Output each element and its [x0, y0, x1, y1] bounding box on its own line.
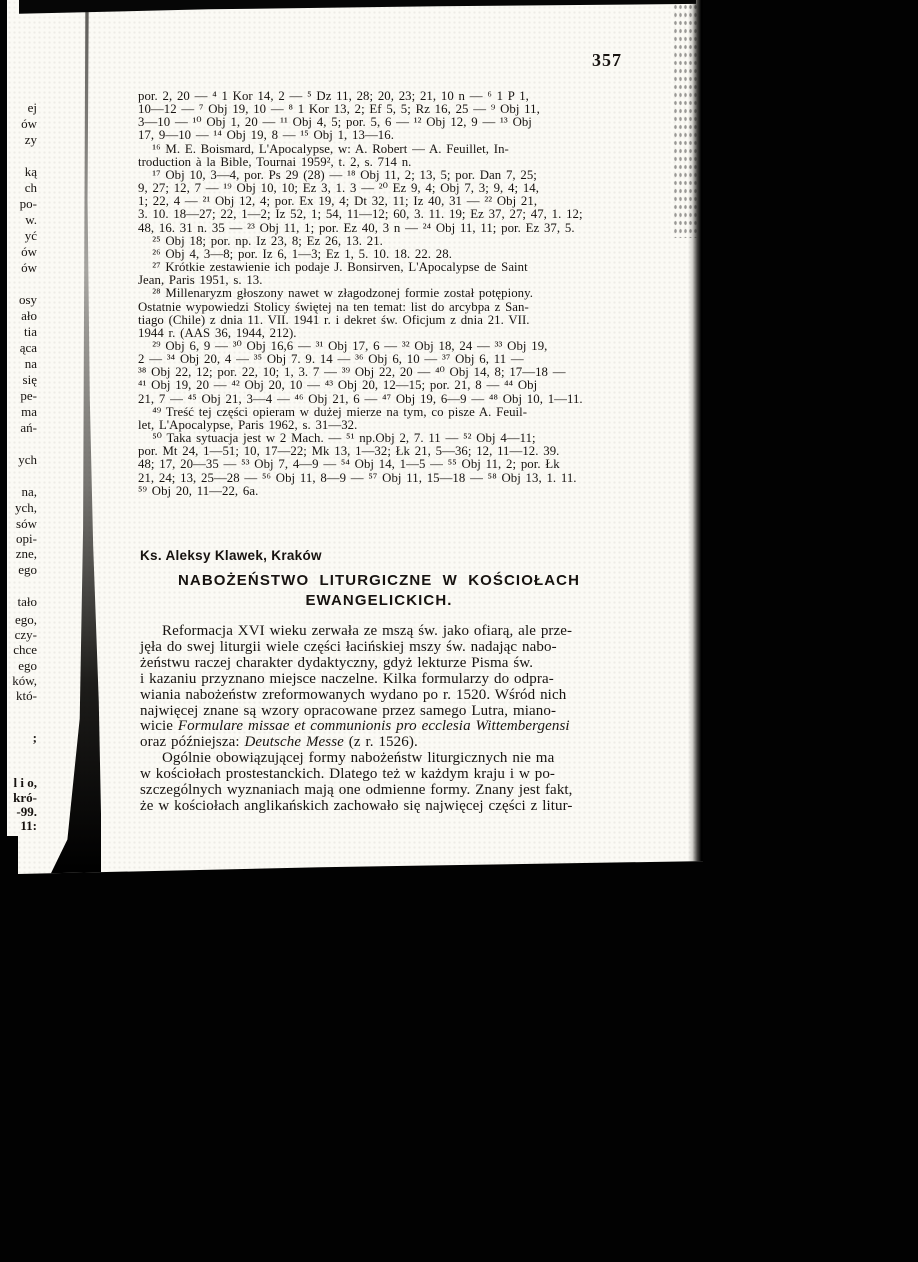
- facing-page-text-fragments: ejówzykąchpo-w.yćówówosyałotiaącanasiępe…: [7, 0, 37, 876]
- body-segment: oraz późniejsza:: [140, 734, 244, 750]
- footnote-line: 21, 7 — ⁴⁵ Obj 21, 3—4 — ⁴⁶ Obj 21, 6 — …: [138, 393, 622, 406]
- footnote-line: 3. 10. 18—27; 22, 1—2; Iz 52, 1; 54, 11—…: [138, 208, 622, 221]
- body-segment: żeństwu raczej charakter dydaktyczny, gd…: [140, 655, 533, 671]
- footnote-line: 48, 16. 31 n. 35 — ²³ Obj 11, 1; por. Ez…: [138, 222, 622, 235]
- article-title: NABOŻEŃSTWO LITURGICZNE W KOŚCIOŁACH EWA…: [140, 571, 618, 610]
- page-number: 357: [552, 50, 622, 71]
- body-segment: (z r. 1526).: [344, 734, 418, 750]
- margin-text-fragment: w.: [25, 212, 37, 228]
- margin-text-fragment: yć: [25, 228, 37, 244]
- body-italic-segment: Formulare missae et communionis pro eccl…: [178, 718, 570, 734]
- footnote-line: ²⁵ Obj 18; por. np. Iz 23, 8; Ez 26, 13.…: [138, 235, 622, 248]
- article-title-line-2: EWANGELICKICH.: [140, 591, 618, 611]
- footnote-line: ⁴⁹ Treść tej części opieram w dużej mier…: [138, 406, 622, 419]
- margin-text-fragment: na,: [21, 484, 37, 500]
- footnotes-block: por. 2, 20 — ⁴ 1 Kor 14, 2 — ⁵ Dz 11, 28…: [138, 90, 622, 498]
- footnote-line: 48; 17, 20—35 — ⁵³ Obj 7, 4—9 — ⁵⁴ Obj 1…: [138, 458, 622, 471]
- body-segment: Ogólnie obowiązującej formy nabożeństw l…: [162, 750, 554, 766]
- page-right-edge-shadow: [688, 0, 703, 876]
- body-text: Reformacja XVI wieku zerwała ze mszą św.…: [140, 624, 620, 815]
- body-segment: szczególnych wyznaniach mają one odmienn…: [140, 782, 573, 798]
- margin-text-fragment: któ-: [16, 688, 37, 704]
- margin-text-fragment: ego: [18, 658, 37, 674]
- margin-text-fragment: ma: [21, 404, 37, 420]
- body-segment: jęła do swej liturgii wiele części łaciń…: [140, 639, 557, 655]
- body-segment: najwięcej znane są wzory opracowane prze…: [140, 703, 556, 719]
- body-segment: w kościołach prostestanckich. Dlatego te…: [140, 766, 555, 782]
- margin-text-fragment: pe-: [20, 388, 37, 404]
- margin-text-fragment: ych: [18, 452, 37, 468]
- margin-text-fragment: osy: [19, 292, 37, 308]
- body-paragraph: Reformacja XVI wieku zerwała ze mszą św.…: [140, 624, 620, 751]
- margin-text-fragment: ków,: [12, 673, 37, 689]
- margin-text-fragment: tało: [18, 594, 38, 610]
- margin-text-fragment: zne,: [16, 546, 37, 562]
- body-segment: Reformacja XVI wieku zerwała ze mszą św.…: [162, 623, 572, 639]
- margin-text-fragment: chce: [13, 642, 37, 658]
- margin-text-fragment: ów: [21, 260, 37, 276]
- footnote-line: troduction à la Bible, Tournai 1959², t.…: [138, 156, 622, 169]
- scan-bottom-left-black-notch: [0, 836, 18, 880]
- margin-text-fragment: ej: [28, 100, 37, 116]
- margin-text-fragment: ów: [21, 244, 37, 260]
- footnote-line: ²⁸ Millenaryzm głoszony nawet w złagodzo…: [138, 287, 622, 300]
- footnote-line: 1944 r. (AAS 36, 1944, 212).: [138, 327, 622, 340]
- margin-text-fragment: na: [25, 356, 37, 372]
- margin-text-fragment: ego: [18, 562, 37, 578]
- page-surface: 357 por. 2, 20 — ⁴ 1 Kor 14, 2 — ⁵ Dz 11…: [7, 0, 703, 876]
- body-segment: i kazaniu przyznano miejsce naczelne. Ki…: [140, 671, 554, 687]
- footnote-line: 17, 9—10 — ¹⁴ Obj 19, 8 — ¹⁵ Obj 1, 13—1…: [138, 129, 622, 142]
- margin-text-fragment: ką: [25, 164, 37, 180]
- margin-text-fragment: ;: [33, 730, 37, 746]
- footnote-line: tiago (Chile) z dnia 11. VII. 1941 r. i …: [138, 314, 622, 327]
- body-paragraph: Ogólnie obowiązującej formy nabożeństw l…: [140, 751, 620, 815]
- margin-text-fragment: ych,: [15, 500, 37, 516]
- footnote-line: ⁵⁹ Obj 20, 11—22, 6a.: [138, 485, 622, 498]
- body-segment: że w kościołach anglikańskich zachowało …: [140, 798, 573, 814]
- margin-text-fragment: ego,: [15, 612, 37, 628]
- book-gutter-shadow: [45, 10, 101, 874]
- footnote-line: ⁴¹ Obj 19, 20 — ⁴² Obj 20, 10 — ⁴³ Obj 2…: [138, 379, 622, 392]
- footnote-line: 21, 24; 13, 25—28 — ⁵⁶ Obj 11, 8—9 — ⁵⁷ …: [138, 472, 622, 485]
- body-segment: wiania nabożeństw zreformowanych wydano …: [140, 687, 566, 703]
- margin-text-fragment: zy: [25, 132, 37, 148]
- margin-text-fragment: tia: [24, 324, 37, 340]
- margin-text-fragment: ań-: [20, 420, 37, 436]
- margin-text-fragment: sów: [16, 516, 37, 532]
- author-line: Ks. Aleksy Klawek, Kraków: [140, 548, 322, 563]
- margin-text-fragment: po-: [20, 196, 37, 212]
- margin-text-fragment: 11:: [20, 818, 37, 834]
- body-italic-segment: Deutsche Messe: [244, 734, 343, 750]
- margin-text-fragment: czy-: [15, 627, 37, 643]
- margin-text-fragment: ów: [21, 116, 37, 132]
- body-segment: wicie: [140, 718, 178, 734]
- margin-text-fragment: się: [23, 372, 37, 388]
- margin-text-fragment: opi-: [16, 531, 37, 547]
- margin-text-fragment: ch: [25, 180, 37, 196]
- footnote-line: Ostatnie wypowiedzi Stolicy świętej na t…: [138, 301, 622, 314]
- scanned-book-photo: 357 por. 2, 20 — ⁴ 1 Kor 14, 2 — ⁵ Dz 11…: [0, 0, 918, 1262]
- footnote-line: ¹⁶ M. E. Boismard, L'Apocalypse, w: A. R…: [138, 143, 622, 156]
- margin-text-fragment: l i o,: [14, 775, 37, 791]
- margin-text-fragment: ąca: [20, 340, 37, 356]
- margin-text-fragment: ało: [21, 308, 37, 324]
- article-title-line-1: NABOŻEŃSTWO LITURGICZNE W KOŚCIOŁACH: [140, 571, 618, 591]
